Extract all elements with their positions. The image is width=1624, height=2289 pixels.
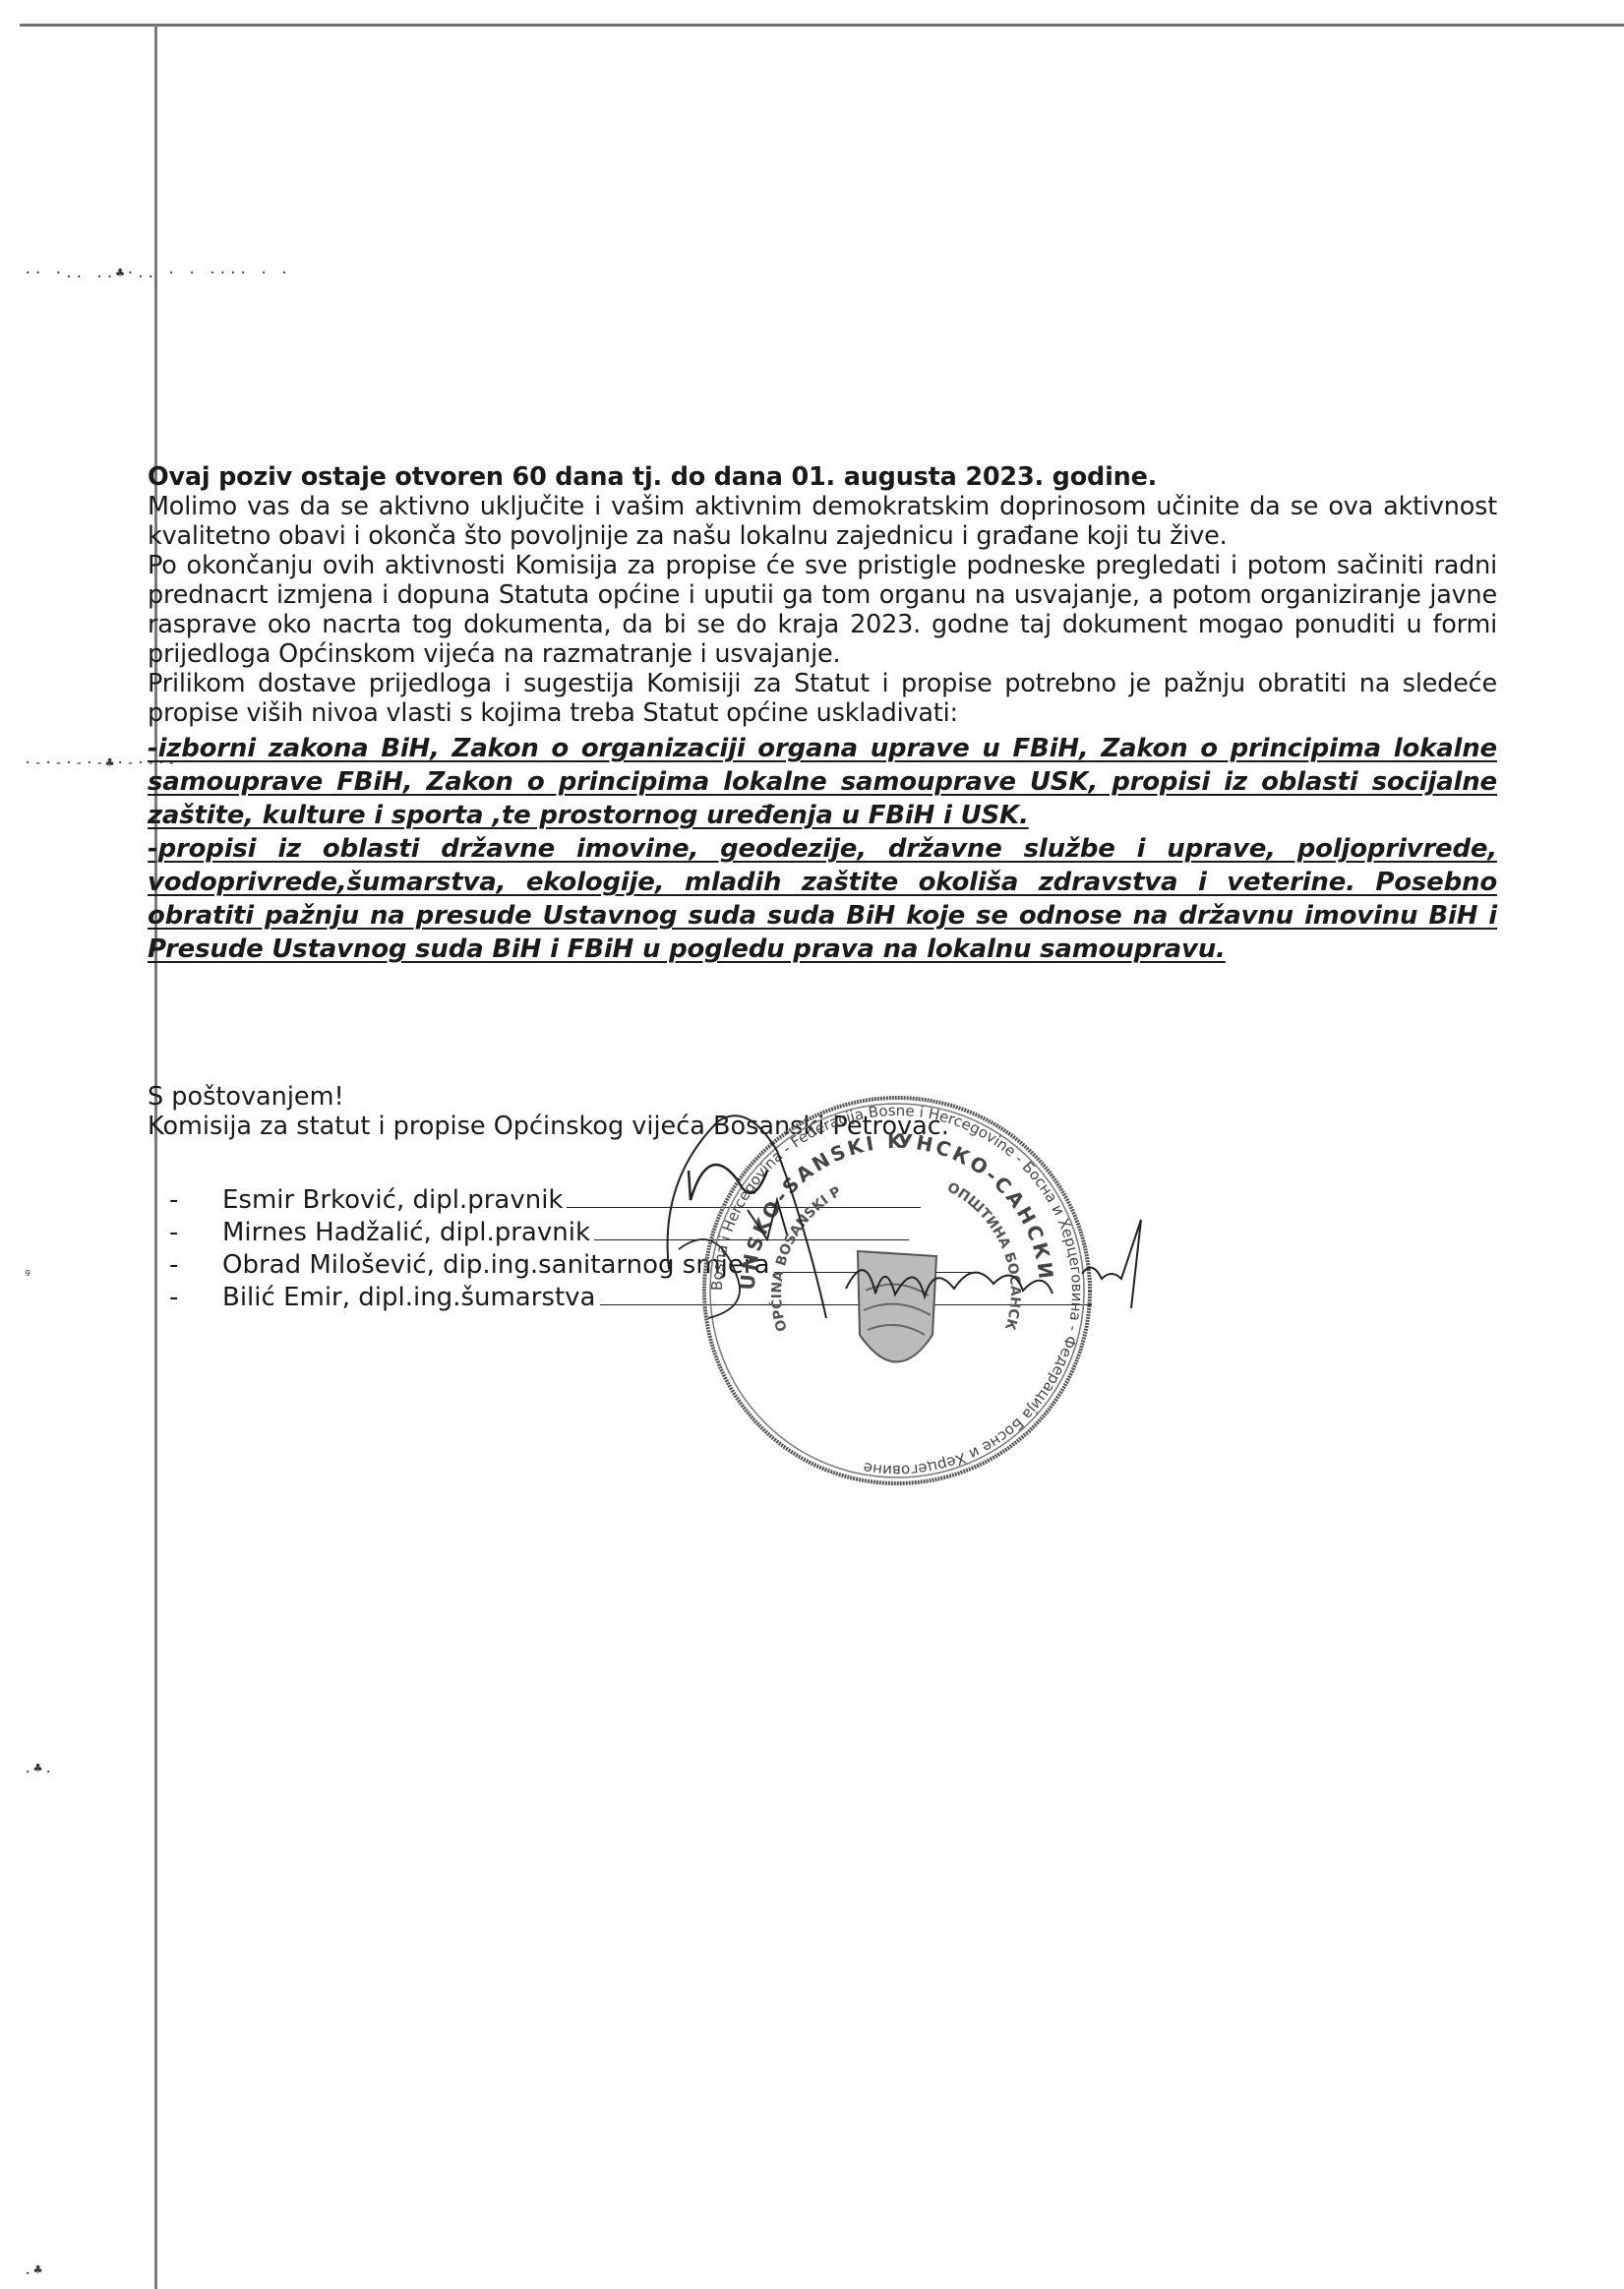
scan-artifact: ·· ·.. ..♣·.. · · ···· · · — [24, 266, 290, 281]
official-stamp-icon: Bosna i Hercegovina - Federacija Bosne i… — [700, 1094, 1094, 1487]
scan-artifact: .♣ — [24, 2262, 44, 2278]
paragraph-regulations-intro: Prilikom dostave prijedloga i sugestija … — [148, 669, 1497, 728]
left-margin-line — [154, 24, 157, 2289]
deadline-notice: Ovaj poziv ostaje otvoren 60 dana tj. do… — [148, 462, 1497, 492]
paragraph-process: Po okončanju ovih aktivnosti Komisija za… — [148, 551, 1497, 669]
letter-body: Ovaj poziv ostaje otvoren 60 dana tj. do… — [148, 462, 1497, 966]
signatory-name: Esmir Brković, dipl.pravnik — [222, 1184, 563, 1217]
scan-artifact: .♣. — [24, 1761, 54, 1777]
legal-item: -izborni zakona BiH, Zakon o organizacij… — [148, 732, 1497, 832]
legal-item: -propisi iz oblasti državne imovine, geo… — [148, 832, 1497, 966]
coat-of-arms-icon — [858, 1251, 936, 1362]
signatory-name: Mirnes Hadžalić, dipl.pravnik — [222, 1217, 590, 1249]
signatory-name: Obrad Milošević, dip.ing.sanitarnog smje… — [222, 1249, 770, 1282]
top-border-line — [20, 24, 1624, 27]
signatory-name: Bilić Emir, dipl.ing.šumarstva — [222, 1282, 596, 1314]
paragraph-participation: Molimo vas da se aktivno uključite i vaš… — [148, 492, 1497, 551]
legal-regulations-list: -izborni zakona BiH, Zakon o organizacij… — [148, 732, 1497, 966]
scan-artifact: ₉ — [24, 1264, 33, 1280]
